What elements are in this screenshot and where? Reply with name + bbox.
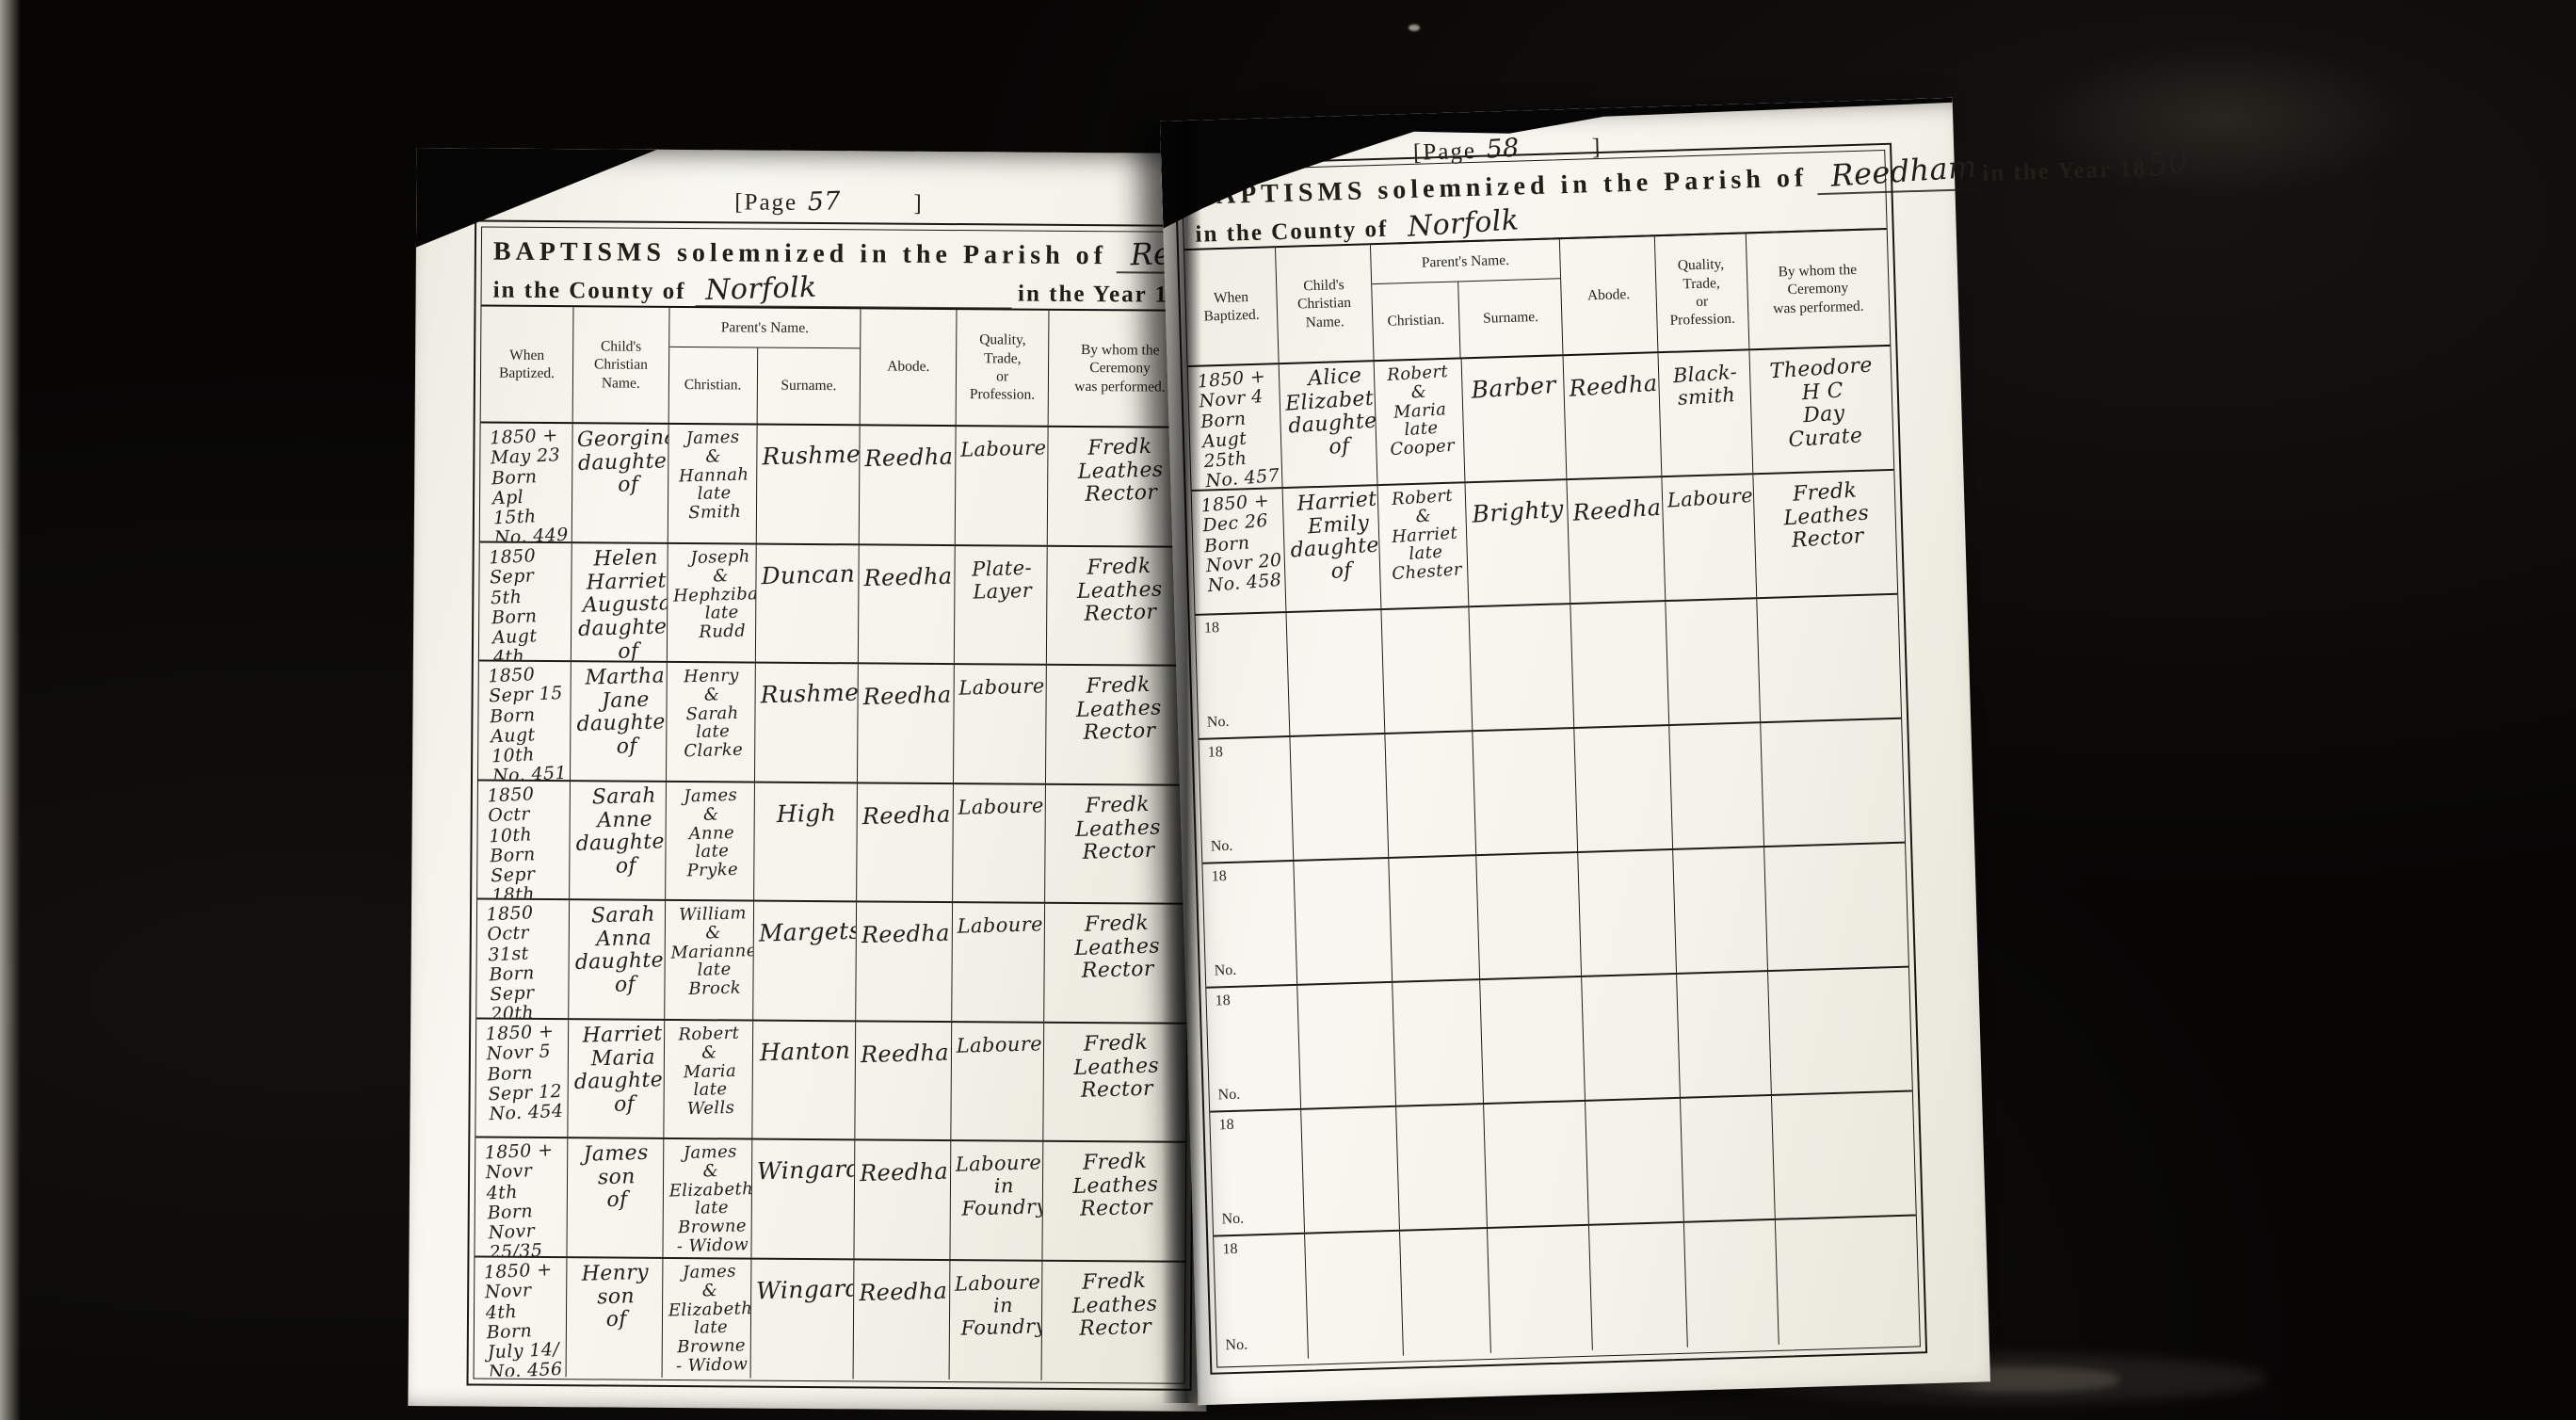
cell-parent-surname: Barber <box>1462 356 1568 481</box>
cell-when-baptized: 18 No. <box>1214 1234 1309 1362</box>
cell-parent-christian: William & Marianne late Brock <box>665 901 754 1019</box>
cell-parent-surname <box>1484 1102 1589 1227</box>
col-header-by-whom: By whom the Ceremony was performed. <box>1747 230 1891 348</box>
cell-minister: Fredk Leathes Rector <box>1044 904 1187 1023</box>
cell-when-baptized: 1850 Sepr 15 Born Augt 10th No. 451 <box>478 662 572 780</box>
page-label-suffix: ] <box>913 191 924 218</box>
child-name-handwritten: Georgina daughter of <box>577 427 669 499</box>
cell-abode <box>1570 602 1669 727</box>
parent-surname-handwritten <box>1538 1232 1539 1245</box>
entry-date-handwritten: 1850 + Dec 26 Born Novr 20 No. 458 <box>1200 491 1284 597</box>
register-table-frame: BAPTISMS solemnized in the Parish of Ree… <box>466 219 1199 1390</box>
cell-abode <box>1586 1099 1684 1224</box>
cell-abode: Reedham <box>858 664 955 782</box>
cell-trade <box>1677 972 1772 1097</box>
cell-abode: Reedham <box>857 902 954 1020</box>
title-county-line: in the County of <box>493 277 686 304</box>
cell-parent-surname <box>1480 977 1586 1103</box>
baptism-entry-row: 1850 Sepr 15 Born Augt 10th No. 451 Mart… <box>478 662 1189 786</box>
printed-year-stub <box>1199 475 1200 490</box>
child-name-handwritten: James son of <box>583 1142 650 1214</box>
cell-when-baptized: 18 No. <box>1206 986 1301 1111</box>
parent-christian-handwritten: James & Elizabeth late Browne - Widow <box>668 1142 752 1256</box>
minister-handwritten: Fredk Leathes Rector <box>1757 472 1894 556</box>
cell-when-baptized: 1850 + May 23 Born Apl 15th No. 449 <box>480 424 573 541</box>
cell-child-name <box>1301 1107 1400 1233</box>
trade-handwritten: Labourer in Foundry <box>955 1263 1043 1339</box>
entries-body: 1850 + Novr 4 Born Augt 25th No. 457 Ali… <box>1188 347 1920 1367</box>
cell-minister <box>1757 595 1901 721</box>
register-table-frame: BAPTISMS solemnized in the Parish of Ree… <box>1174 143 1927 1375</box>
page-label-gap <box>1528 154 1583 156</box>
cell-parent-christian <box>1396 1105 1488 1230</box>
col-header-surname: Surname. <box>1459 279 1563 357</box>
printed-year-stub: 18 <box>1212 868 1227 884</box>
col-header-surname: Surname. <box>757 348 860 425</box>
cell-trade: Black- smith <box>1658 350 1753 476</box>
trade-handwritten: Labourer in Foundry <box>955 1144 1043 1220</box>
title-county-line: in the County of <box>1195 216 1389 248</box>
parent-christian-handwritten: Joseph & Hephzibah late Rudd <box>672 546 757 642</box>
cell-trade <box>1684 1220 1779 1347</box>
col-header-when-baptized: When Baptized. <box>1184 248 1280 365</box>
trade-handwritten: Labourer <box>960 429 1049 461</box>
cell-parent-surname: Hanton <box>752 1021 856 1138</box>
trade-handwritten: Labourer <box>1666 476 1757 512</box>
cell-parent-christian <box>1393 980 1484 1105</box>
page-number-handwritten: 57 <box>807 187 841 217</box>
cell-parent-surname <box>1488 1226 1593 1353</box>
cell-parent-christian <box>1389 856 1480 981</box>
cell-trade: Labourer <box>954 665 1047 783</box>
col-header-parents-top: Parent's Name. <box>669 308 861 348</box>
page-label-suffix: ] <box>1592 135 1602 161</box>
baptism-entry-row: 1850 Octr 31st Born Sepr 20th No. 453 Sa… <box>476 900 1187 1025</box>
cell-parent-surname: Wingard <box>752 1140 856 1258</box>
cell-parent-christian <box>1381 607 1473 733</box>
cell-minister <box>1776 1216 1920 1344</box>
minister-handwritten: Fredk Leathes Rector <box>1047 1144 1183 1223</box>
county-name-handwritten: Norfolk <box>705 272 817 307</box>
baptism-entry-row: 18 No. <box>1210 1092 1916 1237</box>
cell-child-name: Harriet Emily daughter of <box>1283 486 1382 611</box>
abode-handwritten: Reedham <box>861 785 954 829</box>
minister-handwritten: Fredk Leathes Rector <box>1049 906 1185 985</box>
cell-abode <box>1582 975 1681 1100</box>
cell-parent-surname: Brighty <box>1465 480 1570 605</box>
cell-minister: Fredk Leathes Rector <box>1044 1023 1187 1141</box>
minister-handwritten: Fredk Leathes Rector <box>1051 668 1187 747</box>
child-name-handwritten: Harriet Maria daughter of <box>572 1023 665 1118</box>
cell-parent-christian: James & Anne late Pryke <box>666 782 755 899</box>
cell-parent-christian: Henry & Sarah late Clarke <box>667 663 756 781</box>
entry-date-handwritten: 1850 + Novr 4 Born Augt 25th No. 457 <box>1197 366 1283 490</box>
entry-date-handwritten: 1850 Octr 10th Born Sepr 18th No. 452 <box>487 783 571 898</box>
entries-body: 1850 + May 23 Born Apl 15th No. 449 Geor… <box>475 424 1191 1383</box>
abode-handwritten <box>1629 980 1630 995</box>
cell-parent-surname: Wingard <box>751 1259 855 1379</box>
printed-year-stub: 18 <box>1222 1241 1237 1257</box>
printed-no-stub <box>484 1130 563 1133</box>
cell-abode <box>1574 726 1673 851</box>
cell-parent-christian <box>1385 732 1476 857</box>
abode-handwritten: Reedham <box>860 1143 952 1186</box>
cell-when-baptized: 18 No. <box>1202 862 1297 987</box>
col-header-when-baptized: When Baptized. <box>481 307 574 423</box>
page-label-prefix: [Page <box>734 189 797 216</box>
baptism-entry-row: 18 No. <box>1196 595 1902 740</box>
trade-handwritten: Labourer <box>956 1025 1044 1057</box>
cell-when-baptized: 1850 + Novr 4th Born July 14/ No. 456 <box>475 1257 568 1377</box>
minister-handwritten: Fredk Leathes Rector <box>1052 548 1188 627</box>
page-number-handwritten: 58 <box>1486 135 1521 165</box>
minister-handwritten: Theodore H C Day Curate <box>1768 348 1877 453</box>
parent-surname-handwritten: Hanton <box>759 1024 851 1066</box>
cell-minister <box>1768 968 1912 1094</box>
abode-handwritten: Reedham <box>861 1024 953 1067</box>
parent-surname-handwritten: Duncan <box>761 547 856 589</box>
cell-abode: Reedham <box>1564 353 1663 478</box>
abode-handwritten: Reedham <box>861 905 953 948</box>
minister-handwritten: Fredk Leathes Rector <box>1048 1025 1184 1104</box>
col-header-abode: Abode. <box>1560 236 1658 354</box>
trade-handwritten <box>1711 610 1712 618</box>
entry-date-handwritten: 1850 + Novr 4th Born Novr 25/35 No. 455 <box>484 1140 568 1256</box>
register-page-right: [Page 58 ] BAPTISMS solemnized in the Pa… <box>1160 98 1990 1405</box>
printed-year-stub: 18 <box>1204 620 1219 636</box>
baptism-entry-row: 18 No. <box>1214 1216 1920 1361</box>
cell-minister: Fredk Leathes Rector <box>1753 471 1897 597</box>
minister-handwritten: Fredk Leathes Rector <box>1053 429 1189 508</box>
parent-surname-handwritten <box>1520 611 1521 624</box>
baptism-entry-row: 18 No. <box>1206 968 1912 1113</box>
cell-child-name <box>1294 859 1393 984</box>
cell-when-baptized: 18 No. <box>1210 1110 1305 1235</box>
cell-when-baptized: 1850 + Novr 4 Born Augt 25th No. 457 <box>1188 364 1283 490</box>
parent-surname-handwritten: Wingard <box>756 1142 855 1185</box>
cell-parent-surname: Rushmer <box>755 664 859 782</box>
parent-christian-handwritten: James & Anne late Pryke <box>684 785 740 880</box>
abode-handwritten <box>1636 1229 1637 1244</box>
col-header-christian: Christian. <box>1372 282 1461 360</box>
cell-child-name: Martha Jane daughter of <box>571 662 668 780</box>
cell-trade: Plate- Layer <box>955 546 1048 664</box>
abode-handwritten: Reedham <box>862 667 955 710</box>
cell-trade: Labourer in Foundry <box>950 1261 1043 1380</box>
parent-christian-handwritten: William & Marianne late Brock <box>669 904 754 999</box>
abode-handwritten <box>1633 1105 1634 1120</box>
entry-date-handwritten: 1850 Sepr 15 Born Augt 10th No. 451 <box>488 664 572 780</box>
parent-christian-handwritten: Robert & Maria late Cooper <box>1385 363 1456 460</box>
col-header-abode: Abode. <box>861 309 958 425</box>
cell-trade <box>1669 723 1764 848</box>
cell-when-baptized: 18 No. <box>1196 613 1291 738</box>
register-title-block: BAPTISMS solemnized in the Parish of Ree… <box>481 228 1192 312</box>
cell-parent-christian: Robert & Harriet late Chester <box>1377 483 1469 608</box>
printed-year-stub: 18 <box>1218 1117 1233 1133</box>
year-label: in the Year 18 <box>1018 281 1183 308</box>
cell-parent-christian <box>1400 1229 1491 1356</box>
cell-parent-surname: Rushmer <box>757 426 861 543</box>
cell-trade <box>1681 1096 1776 1221</box>
trade-handwritten <box>1718 859 1719 866</box>
parent-christian-handwritten: Henry & Sarah late Clarke <box>682 667 744 762</box>
parent-surname-handwritten: High <box>776 786 837 828</box>
cell-trade: Labourer in Foundry <box>951 1141 1044 1259</box>
page-label-prefix: [Page <box>1413 138 1477 167</box>
baptism-entry-row: 18 No. <box>1202 844 1908 989</box>
cell-minister: Theodore H C Day Curate <box>1749 347 1893 473</box>
cell-trade <box>1666 599 1761 724</box>
cell-abode: Reedham <box>860 426 957 543</box>
page-number-label: [Page 57 ] <box>734 187 924 218</box>
cell-parent-surname <box>1473 729 1578 854</box>
baptism-register-scan: [Page 57 ] BAPTISMS solemnized in the Pa… <box>0 0 2576 1420</box>
cell-abode: Reedham <box>857 783 954 901</box>
cell-trade: Labourer <box>952 903 1045 1021</box>
baptism-entry-row: 1850 + Novr 4th Born July 14/ No. 456 He… <box>475 1257 1185 1381</box>
cell-parent-christian: Robert & Maria late Wells <box>664 1020 753 1138</box>
cell-parent-christian: Robert & Maria late Cooper <box>1374 359 1465 484</box>
baptism-entry-row: 1850 + Novr 4 Born Augt 25th No. 457 Ali… <box>1188 347 1894 492</box>
cell-parent-christian: James & Elizabeth late Browne - Widow <box>662 1258 751 1378</box>
cell-child-name <box>1297 983 1396 1108</box>
abode-handwritten: Reedham <box>1568 354 1662 401</box>
col-header-trade: Quality, Trade, or Profession. <box>1655 234 1750 351</box>
cell-abode: Reedham <box>855 1140 952 1258</box>
abode-handwritten: Reedham <box>1571 478 1666 525</box>
parent-surname-handwritten: Barber <box>1470 359 1557 404</box>
cell-child-name <box>1290 734 1389 860</box>
trade-handwritten <box>1715 734 1715 742</box>
column-headers: When Baptized. Child's Christian Name. P… <box>481 307 1192 428</box>
trade-handwritten <box>1722 982 1723 990</box>
printed-no-stub: No. <box>1225 1335 1304 1356</box>
cell-parent-christian: James & Hannah late Smith <box>668 425 758 542</box>
cell-minister: Fredk Leathes Rector <box>1046 666 1189 784</box>
child-name-handwritten: Martha Jane daughter of <box>575 665 668 760</box>
cell-abode <box>1578 850 1677 976</box>
abode-handwritten <box>1621 733 1622 748</box>
cell-abode: Reedham <box>1568 477 1666 603</box>
printed-no-stub: No. <box>1214 960 1293 981</box>
cell-abode: Reedham <box>859 545 956 663</box>
entry-date-handwritten: 1850 + Novr 5 Born Sepr 12 No. 454 <box>485 1021 564 1124</box>
printed-year-stub: 18 <box>1215 992 1230 1009</box>
scanner-edge-strip <box>0 0 21 1420</box>
child-name-handwritten: Harriet Emily daughter of <box>1287 488 1381 587</box>
printed-no-stub <box>1203 605 1281 608</box>
parent-surname-handwritten: Wingard <box>755 1262 854 1304</box>
cell-trade: Labourer <box>1662 475 1757 600</box>
parent-surname-handwritten <box>1523 735 1524 749</box>
cell-trade <box>1673 847 1768 973</box>
cell-abode: Reedham <box>854 1260 951 1380</box>
page-number-label: [Page 58 ] <box>1413 133 1602 167</box>
abode-handwritten <box>1618 608 1618 623</box>
cell-minister <box>1761 719 1905 846</box>
abode-handwritten: Reedham <box>863 547 956 590</box>
cell-minister: Fredk Leathes Rector <box>1045 784 1188 903</box>
cell-minister: Fredk Leathes Rector <box>1042 1261 1185 1381</box>
trade-handwritten: Labourer <box>958 668 1047 700</box>
cell-child-name: Sarah Anne daughter of <box>570 782 667 899</box>
cell-minister: Fredk Leathes Rector <box>1047 546 1190 665</box>
trade-handwritten: Labourer <box>958 786 1046 818</box>
child-name-handwritten: Henry son of <box>581 1261 650 1332</box>
baptism-entry-row: 1850 + May 23 Born Apl 15th No. 449 Geor… <box>480 424 1191 548</box>
cell-when-baptized: 1850 + Dec 26 Born Novr 20 No. 458 <box>1192 489 1287 614</box>
cell-when-baptized: 1850 Octr 10th Born Sepr 18th No. 452 <box>477 781 571 898</box>
cell-child-name: Harriet Maria daughter of <box>568 1020 665 1138</box>
baptism-entry-row: 1850 + Novr 4th Born Novr 25/35 No. 455 … <box>475 1138 1185 1263</box>
cell-parent-christian: James & Elizabeth late Browne - Widow <box>663 1139 752 1257</box>
cell-trade: Labourer <box>953 784 1046 902</box>
column-headers: When Baptized. Child's Christian Name. P… <box>1184 230 1890 367</box>
cell-when-baptized: 18 No. <box>1199 737 1294 863</box>
register-page-left: [Page 57 ] BAPTISMS solemnized in the Pa… <box>408 148 1215 1412</box>
cell-parent-surname: High <box>754 783 858 900</box>
printed-year-stub <box>1202 579 1203 595</box>
cell-when-baptized: 1850 + Novr 4th Born Novr 25/35 No. 455 <box>475 1138 568 1256</box>
col-header-christian: Christian. <box>668 347 757 424</box>
cell-parent-christian: Joseph & Hephzibah late Rudd <box>668 543 757 661</box>
entry-date-handwritten: 1850 + Novr 4th Born July 14/ No. 456 <box>483 1259 567 1377</box>
trade-handwritten <box>1730 1231 1731 1238</box>
printed-no-stub: No. <box>1217 1085 1296 1105</box>
cell-child-name: Georgina daughter of <box>572 424 669 541</box>
entry-date-handwritten: 1850 Sepr 5th Born Augt 4th No. 450 <box>489 544 572 660</box>
col-header-childs-name: Child's Christian Name. <box>573 307 670 423</box>
trade-handwritten: Labourer <box>957 906 1045 938</box>
col-header-childs-name: Child's Christian Name. <box>1276 245 1374 363</box>
baptism-entry-row: 1850 Octr 10th Born Sepr 18th No. 452 Sa… <box>477 781 1188 905</box>
trade-handwritten: Black- smith <box>1671 354 1739 410</box>
printed-no-stub: No. <box>1211 836 1290 857</box>
cell-child-name <box>1305 1232 1404 1359</box>
printed-year-stub: 18 <box>1208 744 1223 760</box>
abode-handwritten: Reedham <box>859 1262 951 1305</box>
cell-child-name: Sarah Anna daughter of <box>569 900 666 1018</box>
entry-date-handwritten: 1850 + May 23 Born Apl 15th No. 449 <box>490 426 573 541</box>
parent-surname-handwritten: Margetson <box>758 904 857 947</box>
col-header-parents-name: Parent's Name. Christian. Surname. <box>668 308 861 424</box>
col-header-parents-name: Parent's Name. Christian. Surname. <box>1371 239 1564 360</box>
year-handwritten: 50 <box>2146 144 2190 184</box>
entry-date-handwritten: 1850 Octr 31st Born Sepr 20th No. 453 <box>486 902 570 1018</box>
parent-christian-handwritten: James & Hannah late Smith <box>678 428 750 523</box>
baptism-entry-row: 1850 + Novr 5 Born Sepr 12 No. 454 Harri… <box>475 1019 1186 1143</box>
scan-speck <box>1409 24 1420 31</box>
title-baptisms-line: BAPTISMS solemnized in the Parish of <box>493 237 1107 272</box>
minister-handwritten: Fredk Leathes Rector <box>1047 1263 1183 1342</box>
parent-christian-handwritten: Robert & Maria late Wells <box>678 1024 742 1119</box>
printed-no-stub: No. <box>1207 712 1286 733</box>
parent-christian-handwritten: Robert & Harriet late Chester <box>1386 487 1462 585</box>
parent-surname-handwritten: Rushmer <box>760 666 859 708</box>
printed-no-stub: No. <box>1221 1209 1300 1230</box>
parent-surname-handwritten: Brighty <box>1470 483 1564 528</box>
cell-abode: Reedham <box>856 1022 953 1139</box>
minister-handwritten: Fredk Leathes Rector <box>1050 786 1186 865</box>
cell-parent-surname <box>1476 853 1582 978</box>
cell-minister: Fredk Leathes Rector <box>1043 1142 1186 1261</box>
child-name-handwritten: Alice Elizabeth daughter of <box>1283 363 1377 462</box>
cell-abode <box>1589 1223 1688 1350</box>
baptism-entry-row: 18 No. <box>1199 719 1905 864</box>
parent-surname-handwritten <box>1535 1107 1536 1121</box>
cell-parent-surname: Duncan <box>756 544 860 662</box>
child-name-handwritten: Helen Harriet Augusta daughter of <box>576 546 668 661</box>
cell-when-baptized: 1850 Sepr 5th Born Augt 4th No. 450 <box>479 542 572 660</box>
trade-handwritten <box>1726 1106 1727 1114</box>
cell-parent-surname <box>1469 605 1574 730</box>
parent-christian-handwritten: James & Elizabeth late Browne - Widow <box>667 1262 751 1376</box>
cell-child-name: Alice Elizabeth daughter of <box>1280 362 1378 487</box>
cell-when-baptized: 1850 + Novr 5 Born Sepr 12 No. 454 <box>475 1019 569 1137</box>
parish-name-handwritten: Reedham <box>1830 151 1978 194</box>
cell-when-baptized: 1850 Octr 31st Born Sepr 20th No. 453 <box>476 900 570 1018</box>
parent-surname-handwritten: Rushmer <box>762 428 861 470</box>
cell-parent-surname: Margetson <box>753 902 857 1020</box>
cell-trade: Labourer <box>951 1023 1044 1140</box>
cell-child-name: Helen Harriet Augusta daughter of <box>572 543 668 661</box>
cell-minister <box>1764 844 1908 970</box>
abode-handwritten <box>1625 856 1626 871</box>
child-name-handwritten: Sarah Anna daughter of <box>573 903 666 998</box>
trade-handwritten: Plate- Layer <box>972 549 1033 603</box>
col-header-trade: Quality, Trade, or Profession. <box>957 310 1050 426</box>
baptism-entry-row: 1850 Sepr 5th Born Augt 4th No. 450 Hele… <box>479 542 1190 667</box>
abode-handwritten: Reedham <box>864 428 957 472</box>
parent-surname-handwritten <box>1531 984 1532 997</box>
cell-child-name: James son of <box>567 1138 664 1256</box>
col-header-parents-top: Parent's Name. <box>1371 239 1561 284</box>
cell-minister <box>1772 1092 1916 1218</box>
year-label: in the Year 18 <box>1982 156 2147 187</box>
county-name-handwritten: Norfolk <box>1407 204 1520 243</box>
cell-child-name <box>1286 610 1385 735</box>
baptism-entry-row: 1850 + Dec 26 Born Novr 20 No. 458 Harri… <box>1192 471 1898 616</box>
cell-child-name: Henry son of <box>567 1258 664 1378</box>
child-name-handwritten: Sarah Anne daughter of <box>574 784 667 879</box>
parent-surname-handwritten <box>1527 860 1528 873</box>
cell-trade: Labourer <box>956 427 1049 544</box>
